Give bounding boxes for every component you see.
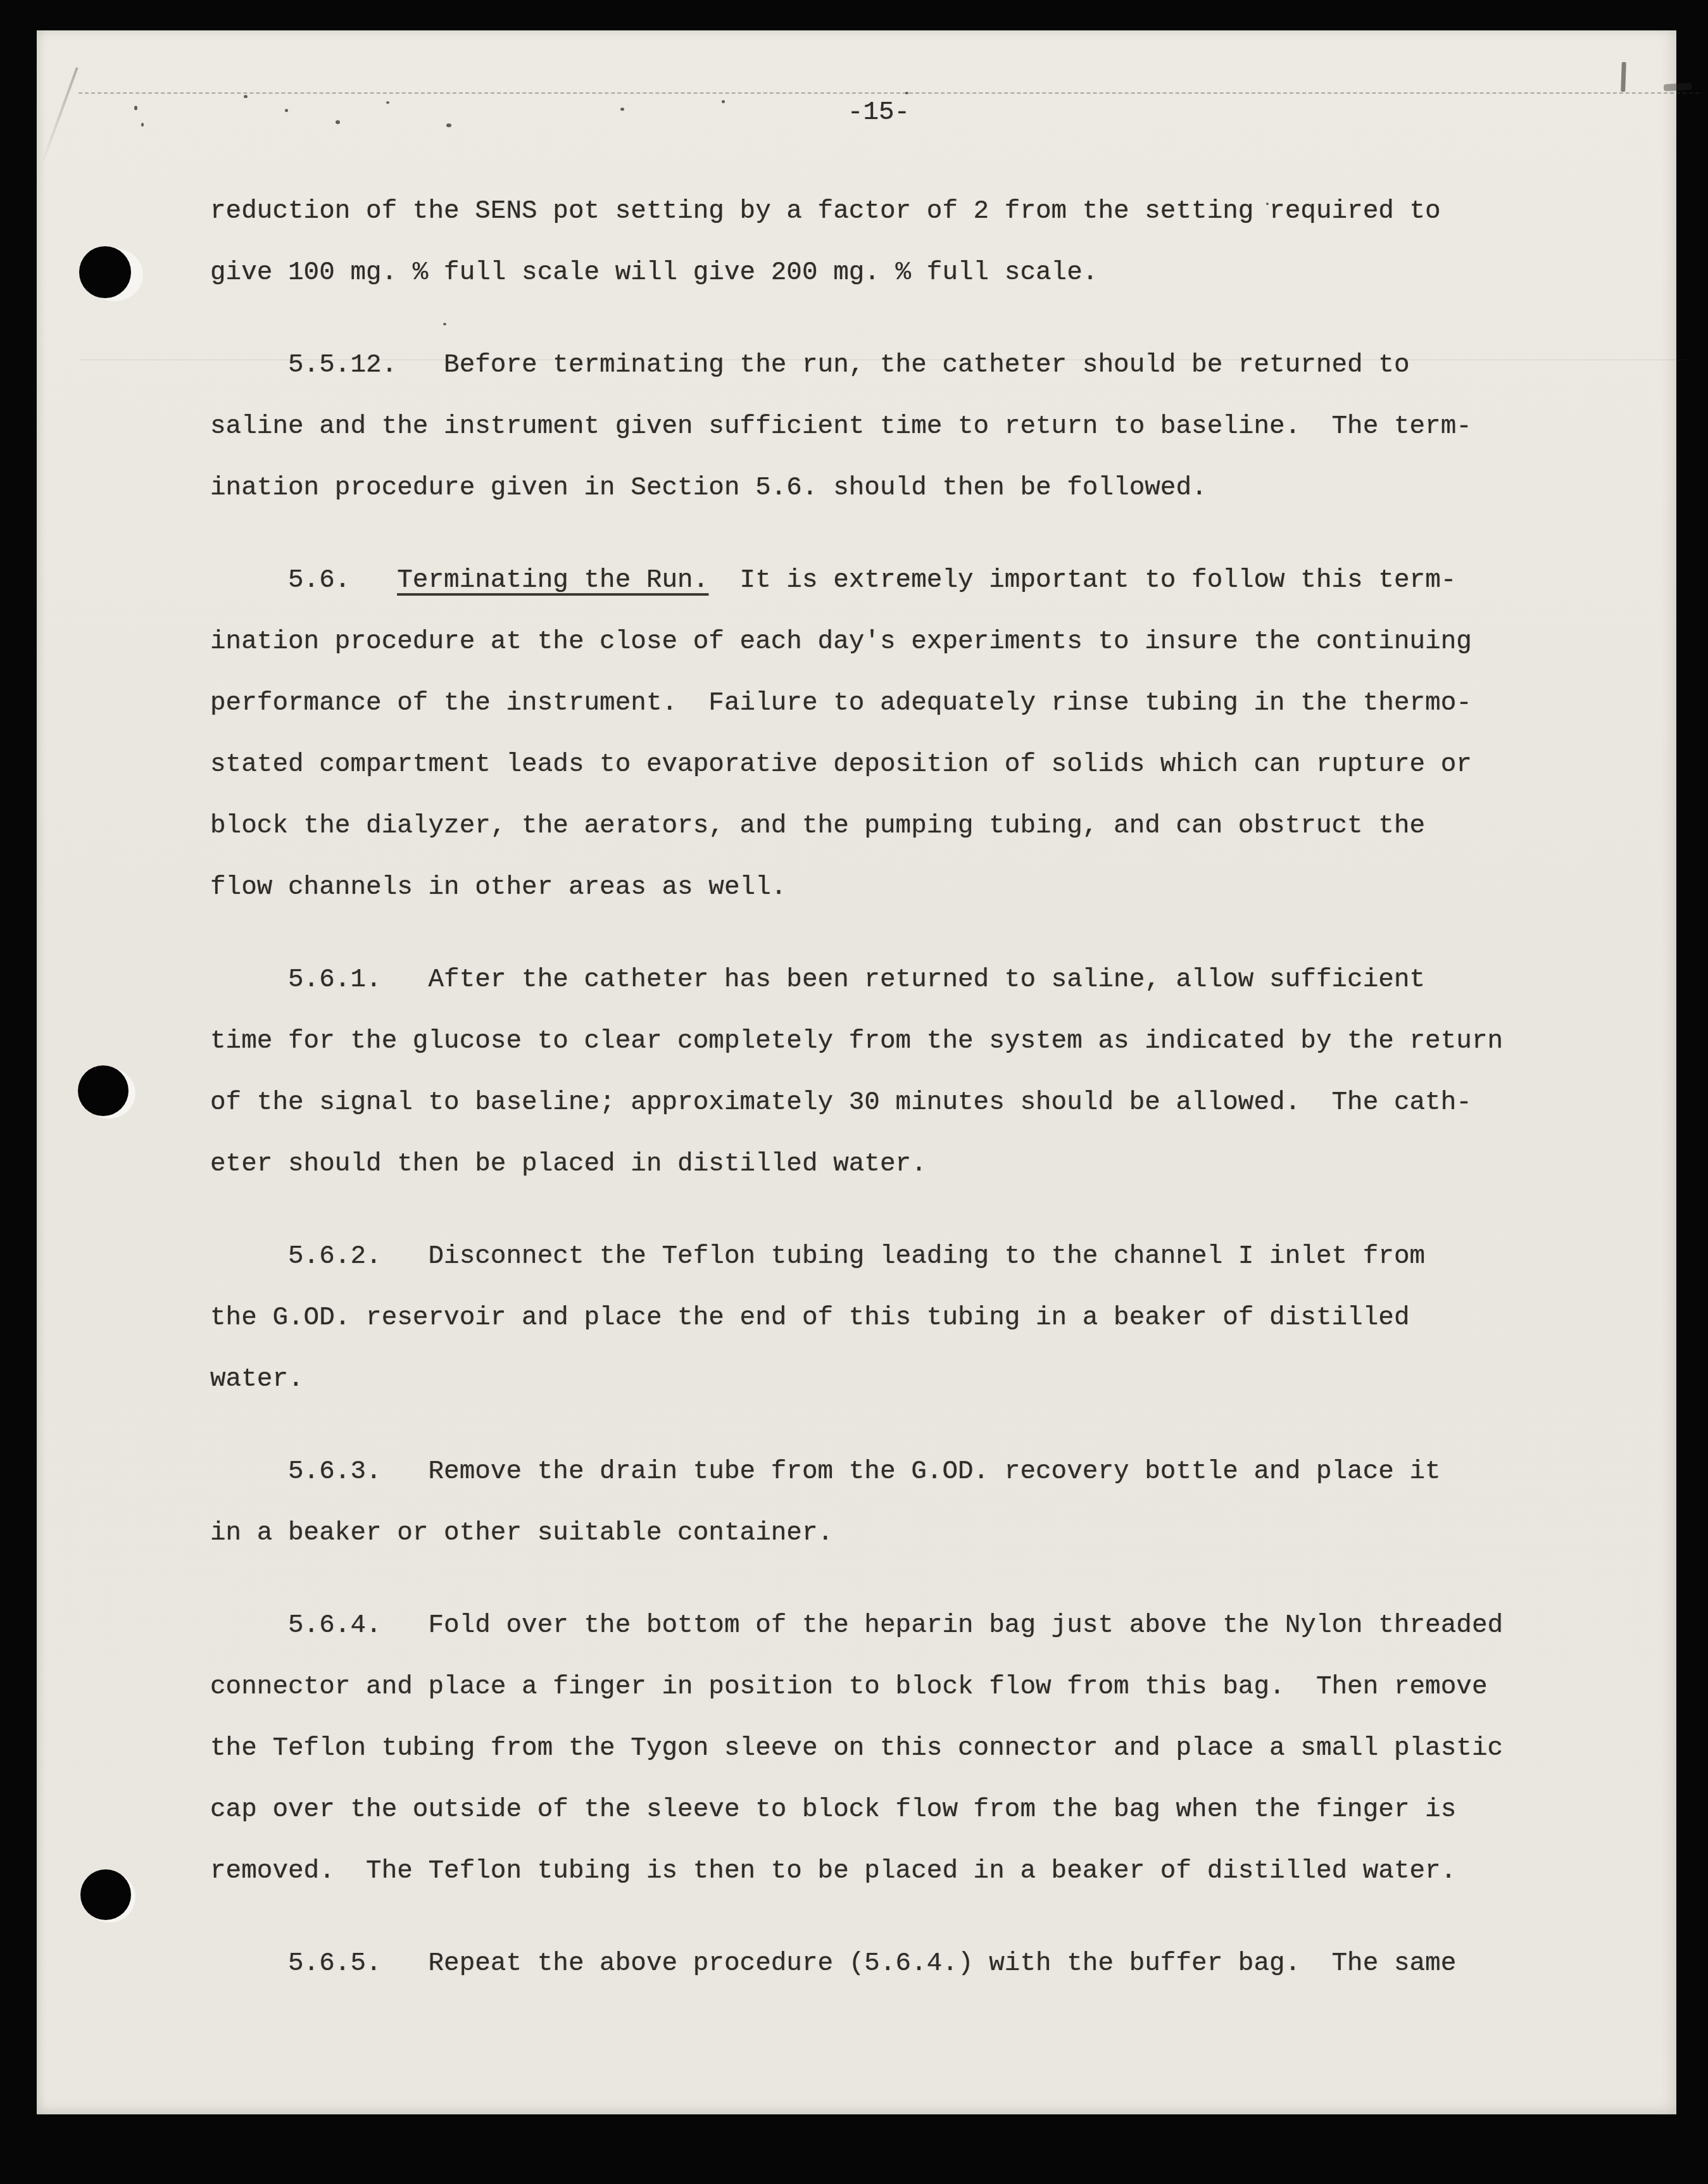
text-line: 5.6.4. Fold over the bottom of the hepar…: [210, 1595, 1590, 1657]
dust-speck: [446, 123, 451, 127]
text-line: connector and place a finger in position…: [210, 1657, 1590, 1718]
text-line: reduction of the SENS pot setting by a f…: [210, 181, 1590, 242]
hole-punch: [78, 1065, 129, 1116]
text-line: cap over the outside of the sleeve to bl…: [210, 1779, 1590, 1841]
dust-speck: [722, 100, 725, 103]
paper-corner-crease: [41, 67, 78, 166]
text-line: 5.6.3. Remove the drain tube from the G.…: [210, 1441, 1590, 1503]
page-number: -15-: [848, 82, 910, 144]
text-line: block the dialyzer, the aerators, and th…: [210, 796, 1590, 857]
text-line: the G.OD. reservoir and place the end of…: [210, 1288, 1590, 1349]
dust-speck: [336, 120, 340, 124]
text-line: 5.6.5. Repeat the above procedure (5.6.4…: [210, 1933, 1590, 1995]
underlined-heading: Terminating the Run.: [397, 566, 708, 595]
text-line: 5.5.12. Before terminating the run, the …: [210, 335, 1590, 396]
text-segment: It is extremely important to follow this…: [708, 566, 1456, 595]
scanned-document-screenshot: { "page": { "number_label": "-15-" }, "c…: [0, 0, 1708, 2184]
text-line: water.: [210, 1349, 1590, 1410]
text-line: give 100 mg. % full scale will give 200 …: [210, 242, 1590, 304]
ink-smudge-horizontal: [1664, 83, 1692, 91]
text-line: the Teflon tubing from the Tygon sleeve …: [210, 1718, 1590, 1779]
dust-speck: [285, 109, 288, 112]
text-line: removed. The Teflon tubing is then to be…: [210, 1841, 1590, 1902]
scanned-page: -15- reduction of the SENS pot setting b…: [37, 30, 1676, 2114]
text-line: in a beaker or other suitable container.: [210, 1503, 1590, 1564]
text-line: of the signal to baseline; approximately…: [210, 1072, 1590, 1134]
text-line: performance of the instrument. Failure t…: [210, 673, 1590, 734]
text-line: ination procedure at the close of each d…: [210, 612, 1590, 673]
dust-speck: [620, 108, 624, 111]
text-line: time for the glucose to clear completely…: [210, 1011, 1590, 1072]
text-line: eter should then be placed in distilled …: [210, 1134, 1590, 1195]
ink-smudge-vertical: [1621, 62, 1626, 92]
document-body: reduction of the SENS pot setting by a f…: [210, 181, 1590, 1995]
text-segment: 5.6.: [210, 566, 397, 595]
text-line: stated compartment leads to evaporative …: [210, 734, 1590, 796]
dust-speck: [141, 123, 144, 127]
text-line: 5.6. Terminating the Run. It is extremel…: [210, 550, 1590, 612]
dust-speck: [386, 101, 389, 104]
dust-speck: [134, 106, 137, 110]
hole-punch: [80, 1869, 131, 1920]
text-line: saline and the instrument given sufficie…: [210, 396, 1590, 458]
text-line: 5.6.1. After the catheter has been retur…: [210, 950, 1590, 1011]
dust-speck: [244, 95, 248, 98]
hole-punch: [79, 246, 131, 298]
text-line: ination procedure given in Section 5.6. …: [210, 458, 1590, 519]
text-line: flow channels in other areas as well.: [210, 857, 1590, 919]
text-line: 5.6.2. Disconnect the Teflon tubing lead…: [210, 1226, 1590, 1288]
